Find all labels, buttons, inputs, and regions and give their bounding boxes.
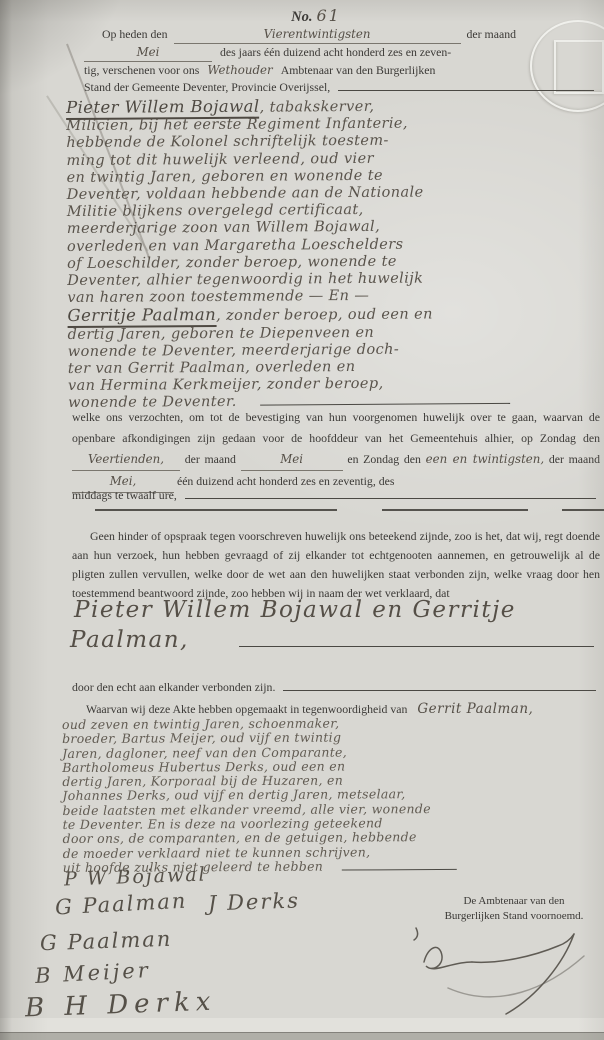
intro-printed: Ambtenaar van den Burgerlijken (281, 62, 436, 79)
blank-rule (341, 869, 456, 871)
intro-printed: tig, verschenen voor ons (84, 62, 199, 79)
blank-rule (338, 90, 594, 91)
blank-rule (562, 509, 604, 511)
couple-names-line1: Pieter Willem Bojawal en Gerritje (74, 597, 516, 623)
intro-paragraph: Op heden den Vierentwintigsten der maand… (84, 26, 598, 96)
blank-rule (260, 403, 510, 406)
banns-last-line: middags te twaalf ure, (72, 488, 600, 503)
registrar-signature-flourish (388, 918, 600, 1028)
blank-rule (283, 690, 596, 691)
witness-intro-printed: Waarvan wij deze Akte hebben opgemaakt i… (86, 702, 407, 717)
intro-printed: Op heden den (102, 26, 168, 43)
signature-witness-1: G Paalman (54, 889, 187, 920)
banns-day2-fill: een en twintigsten, (426, 452, 545, 466)
banns-printed: welke ons verzochten, om tot de bevestig… (72, 410, 600, 445)
act-number-value: 61 (317, 6, 341, 25)
witnesses-handwritten-block: oud zeven en twintig Jaren, schoenmaker,… (62, 715, 604, 875)
intro-printed: der maand (467, 26, 516, 43)
official-role-fill: Wethouder (207, 62, 272, 79)
blank-rule (95, 509, 337, 511)
bride-name: Gerritje Paalman (67, 305, 216, 328)
intro-line-2: Mei des jaars één duizend acht honderd z… (84, 44, 516, 62)
signature-witness-3: B Meijer (34, 958, 151, 988)
banns-printed: der maand (185, 452, 236, 466)
witness-first-name: Gerrit Paalman, (417, 701, 533, 717)
signature-bride: G Paalman (40, 927, 173, 956)
blank-rule (382, 509, 528, 511)
intro-printed: des jaars één duizend acht honderd zes e… (220, 44, 451, 61)
day-fill: Vierentwintigsten (174, 26, 461, 44)
banns-printed: der maand (549, 452, 600, 466)
act-number-label: No. (291, 9, 312, 25)
blank-rule (239, 646, 594, 647)
month-fill: Mei (84, 44, 212, 62)
couple-names-continued: Paalman, (70, 627, 189, 653)
intro-line-3: tig, verschenen voor ons Wethouder Ambte… (84, 62, 516, 79)
blank-rule (185, 498, 596, 499)
intro-printed: Stand der Gemeente Deventer, Provincie O… (84, 79, 330, 96)
act-number: No. 61 (14, 6, 604, 26)
registrar-title-line1: De Ambtenaar van den (428, 894, 600, 909)
bond-printed: door den echt aan elkander verbonden zij… (72, 680, 275, 695)
bond-line: door den echt aan elkander verbonden zij… (72, 680, 600, 695)
couple-names-line2: Paalman, (70, 627, 598, 657)
signature-groom: P W Bojawal (64, 864, 207, 891)
signature-witness-2: J Derks (208, 888, 301, 915)
banns-paragraph: welke ons verzochten, om tot de bevestig… (72, 407, 600, 493)
banns-printed: en Zondag den (347, 452, 421, 466)
banns-day1-fill: Veertienden, (72, 449, 180, 471)
declaration-paragraph: Geen hinder of opspraak tegen voorschrev… (72, 527, 600, 603)
parties-handwritten-block: Pieter Willem Bojawal, tabakskerver, Mil… (66, 95, 604, 412)
banns-month1-fill: Mei (241, 449, 343, 471)
intro-line-1: Op heden den Vierentwintigsten der maand (84, 26, 516, 44)
page-bottom-shadow (0, 1032, 604, 1040)
page-bottom-edge (0, 1018, 604, 1032)
banns-printed: één duizend acht honderd zes en zeventig… (177, 474, 395, 488)
marriage-certificate-scan: No. 61 Op heden den Vierentwintigsten de… (0, 0, 604, 1040)
intro-line-4: Stand der Gemeente Deventer, Provincie O… (84, 79, 598, 96)
banns-printed: middags te twaalf ure, (72, 488, 177, 503)
